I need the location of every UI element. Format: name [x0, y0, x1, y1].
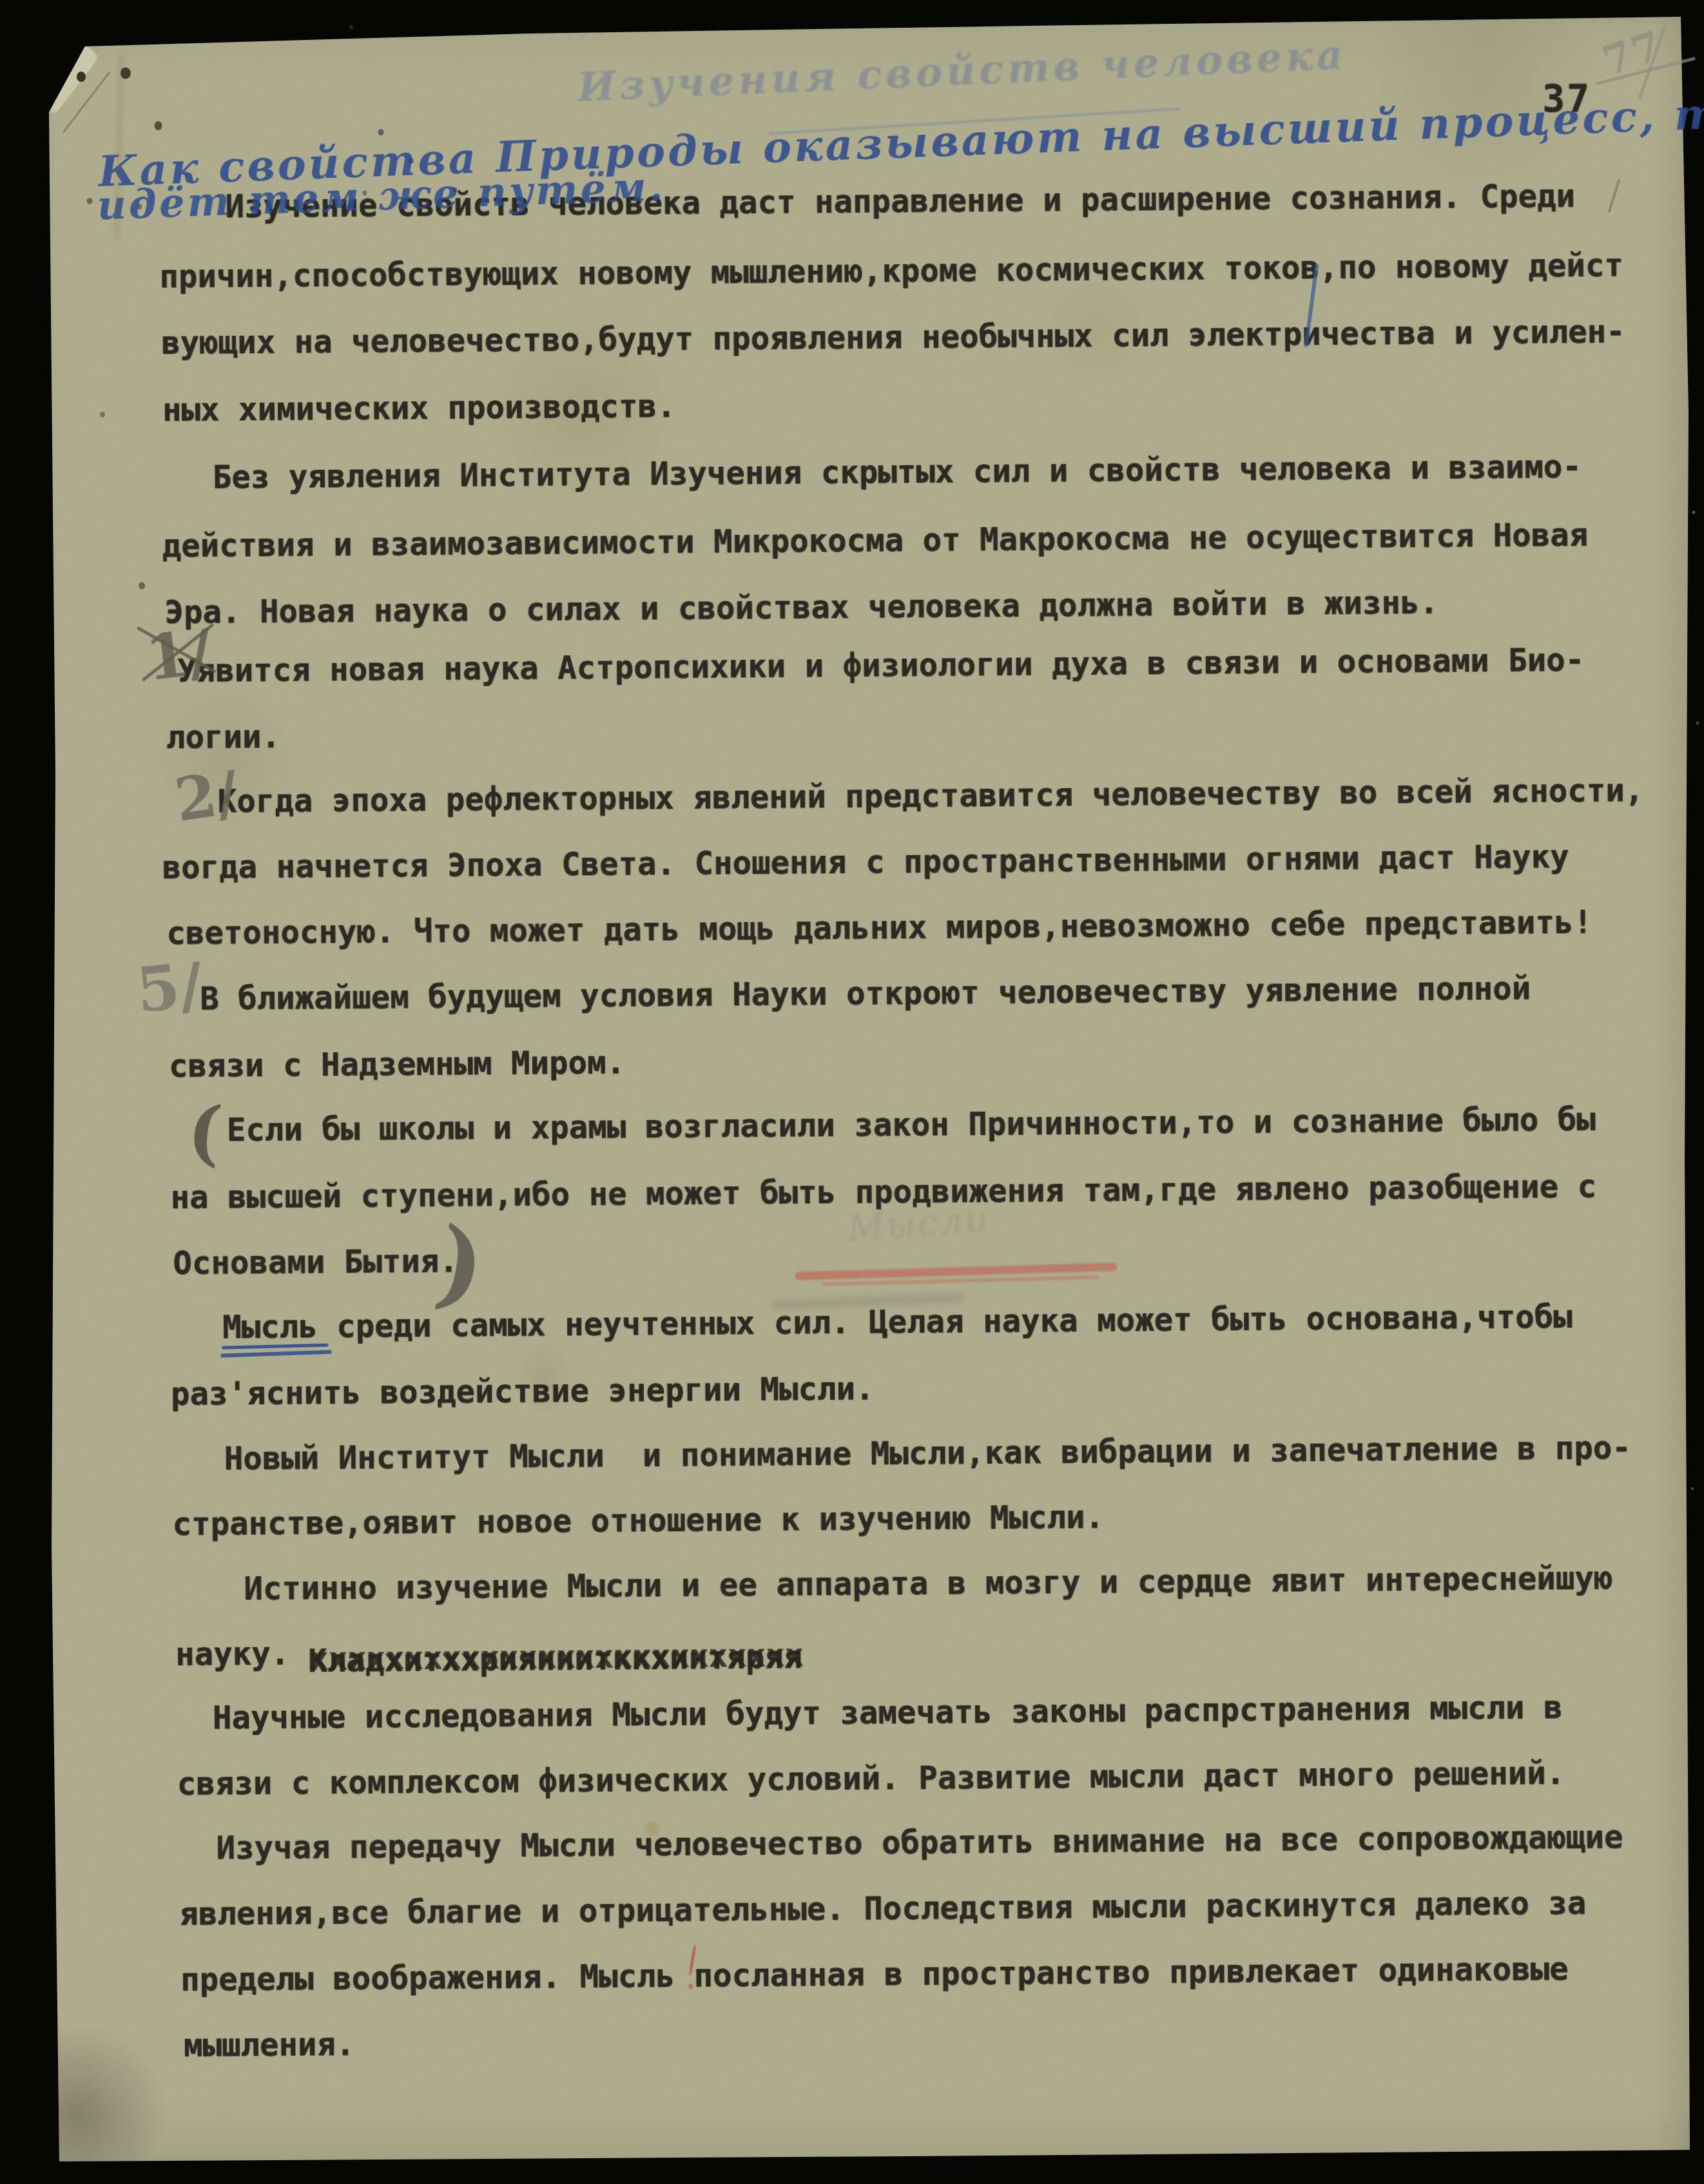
typed-line: Мысль среди самых неучтенных сил. Целая …	[222, 1301, 1573, 1343]
fold-crease	[63, 72, 110, 133]
typed-line: светоносную. Что может дать мощь дальних…	[166, 907, 1593, 949]
page-number-typed: 37	[1542, 77, 1591, 121]
typed-line: Научные исследования Мысли будут замечат…	[213, 1692, 1563, 1734]
typed-line: действия и взаимозависимости Микрокосма …	[162, 519, 1588, 562]
typed-line: странстве,оявит новое отношение к изучен…	[172, 1502, 1104, 1540]
typed-crossed-out-overlay: хххххххххххххххххххххххххх	[309, 1637, 804, 1677]
typed-line: Новый Институт Мысли и понимание Мысли,к…	[224, 1432, 1631, 1474]
ink-speck	[139, 582, 145, 589]
typed-line: Уявится новая наука Астропсихики и физио…	[177, 644, 1584, 687]
typed-line: явления,все благие и отрицательные. Посл…	[179, 1888, 1586, 1930]
ink-speck	[362, 191, 367, 196]
typed-line: Без уявления Института Изучения скрытых …	[213, 451, 1582, 494]
margin-paren-open: (	[184, 1088, 226, 1174]
typed-line: науку.	[175, 1638, 309, 1670]
page-number-pencil: 77	[1596, 21, 1669, 86]
typed-line: Основами Бытия.	[173, 1245, 458, 1279]
typed-line: В ближайшем будущем условия Науки открою…	[200, 972, 1531, 1014]
margin-mark-2: 2/	[170, 757, 242, 835]
margin-mark-1: 1/	[142, 615, 215, 695]
margin-mark-5: 5/	[133, 948, 206, 1027]
scanned-document-page: Изучение свойств человека даст направлен…	[0, 0, 1704, 2184]
blue-underline-2	[220, 1350, 331, 1358]
typed-line: логии.	[166, 721, 280, 753]
typed-line: мышления.	[184, 2029, 355, 2062]
ink-speck	[100, 412, 105, 418]
typed-line: Истинно изучение Мысли и ее аппарата в м…	[244, 1562, 1612, 1605]
typed-line: Изучая передачу Мысли человечество обрат…	[216, 1821, 1623, 1864]
typed-line: вующих на человечество,будут проявления …	[161, 316, 1625, 359]
typed-line: вогда начнется Эпоха Света. Сношения с п…	[162, 841, 1569, 884]
ink-speck	[86, 198, 92, 204]
handwriting-title: Изучения свойств человека	[577, 31, 1348, 111]
ink-speck	[154, 121, 162, 130]
typed-line: причин,способствующих новому мышлению,кр…	[159, 249, 1623, 293]
typed-line: связи с Надземным Миром.	[169, 1047, 625, 1082]
typed-line: Когда эпоха рефлекторных явлений предста…	[218, 775, 1644, 817]
ink-speck	[378, 129, 384, 135]
ink-speck	[137, 204, 142, 209]
typed-line: Если бы школы и храмы возгласили закон П…	[227, 1104, 1596, 1146]
page-content-layer: Изучение свойств человека даст направлен…	[0, 0, 1704, 2184]
ink-speck	[121, 67, 131, 79]
typed-line: раз'яснить воздействие энергии Мысли.	[171, 1373, 875, 1410]
ink-speck	[452, 187, 457, 192]
ink-speck	[409, 158, 414, 164]
typed-line: Эра. Новая наука о силах и свойствах чел…	[164, 587, 1438, 629]
ink-speck	[688, 1984, 693, 1989]
typed-line: связи с комплексом физических условий. Р…	[177, 1757, 1565, 1800]
pencil-tick-right	[1607, 179, 1620, 213]
typed-line: пределы воображения. Мысль посланная в п…	[180, 1953, 1569, 1996]
typed-line: ных химических производств.	[162, 391, 676, 426]
ink-speck	[77, 72, 86, 82]
